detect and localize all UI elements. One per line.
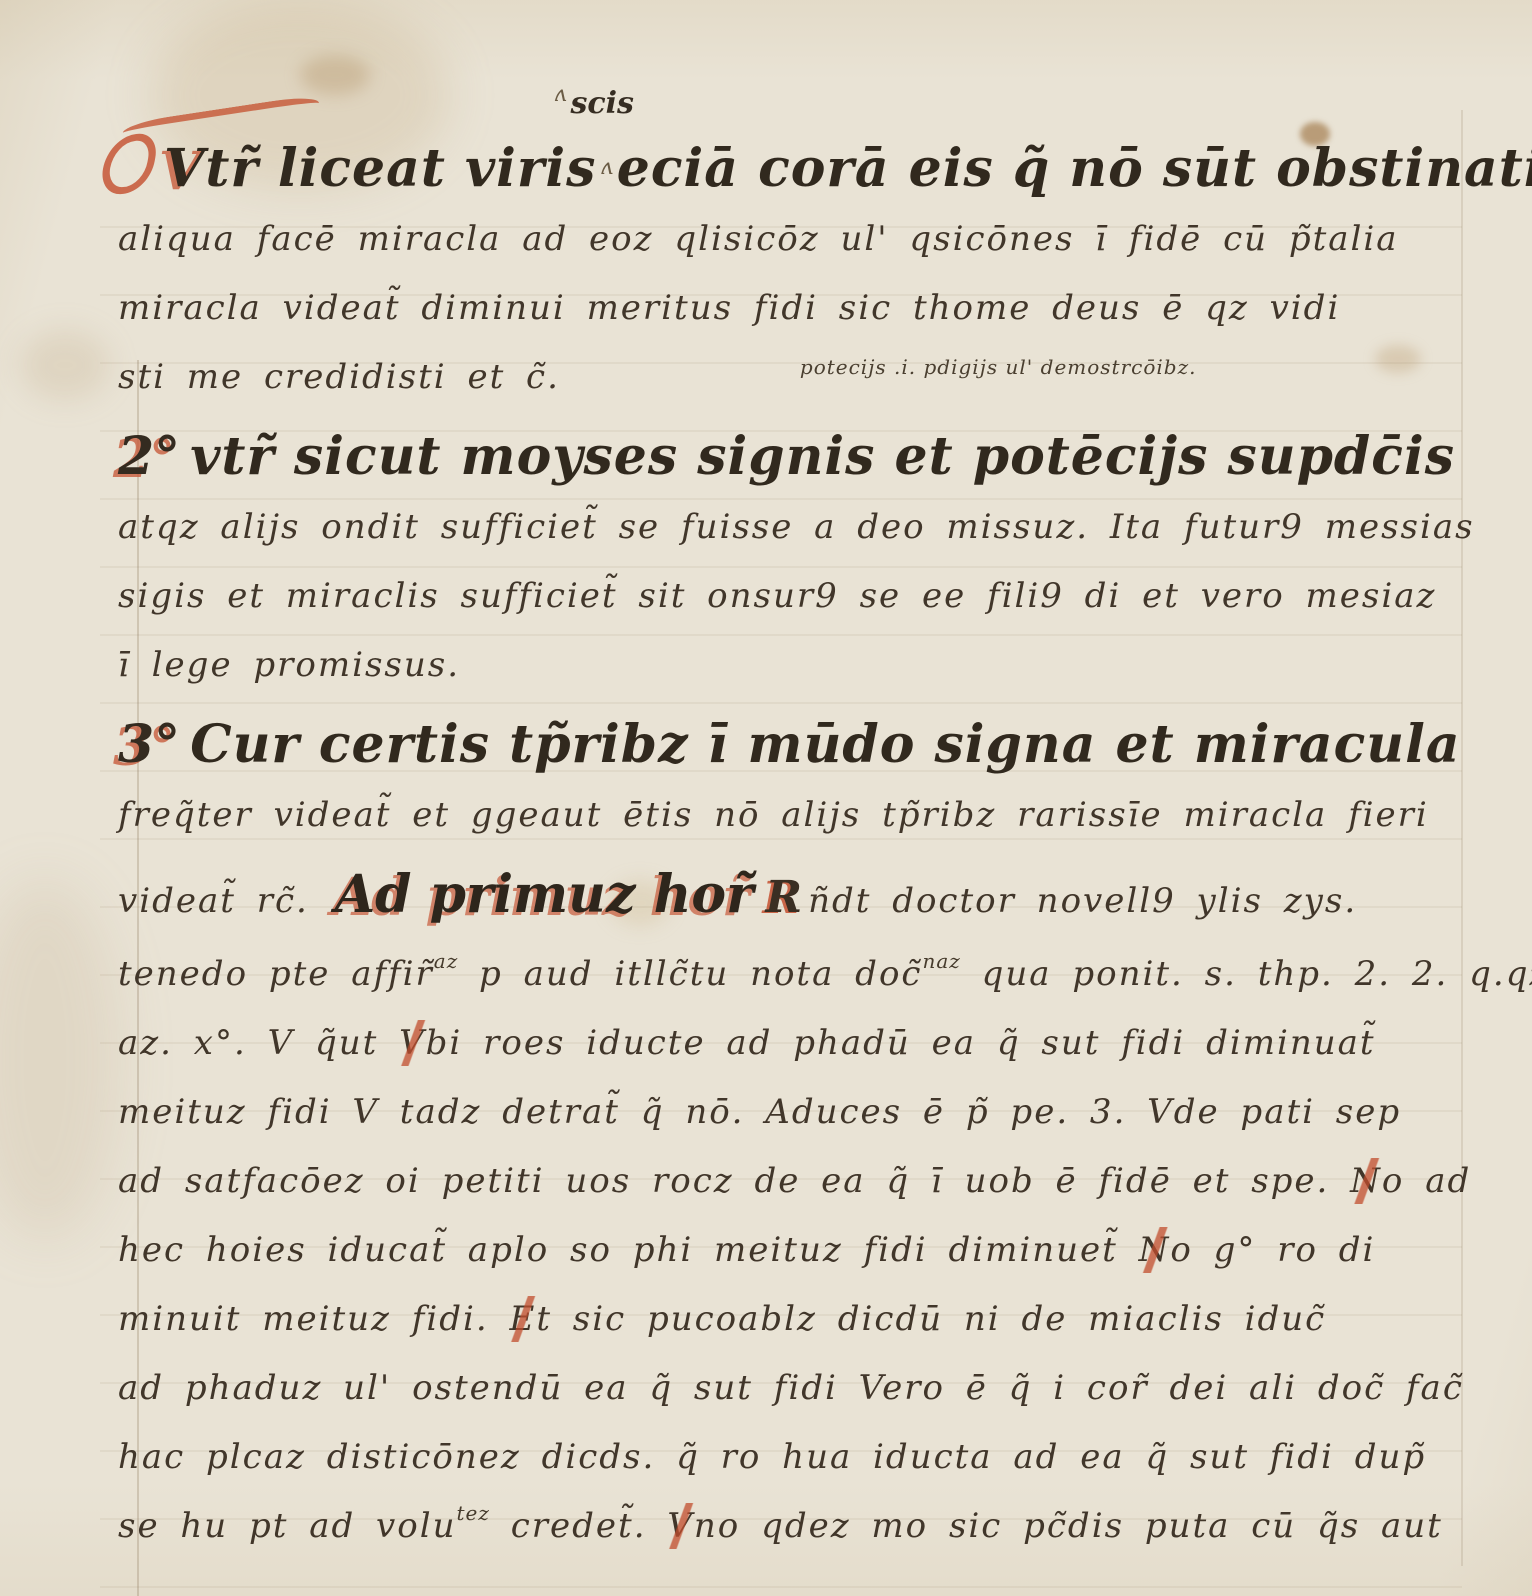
question-number: 2° bbox=[118, 426, 190, 487]
text-segment: tenedo pte affir̃ bbox=[118, 954, 434, 994]
text-line: ad satfacōez oi petiti uos rocz de ea q̃… bbox=[118, 1161, 1448, 1201]
text-line: hac plcaz disticōnez dicds. q̃ ro hua id… bbox=[118, 1437, 1448, 1477]
text-segment: aliqua facē miracla ad eoz qlisicōz ul' … bbox=[118, 219, 1399, 259]
text-line: meituz fidi V tadz detrat̃ q̃ nō. Aduces… bbox=[118, 1092, 1448, 1132]
text-segment: o ad bbox=[1382, 1161, 1471, 1201]
interlinear-addition: scis bbox=[570, 86, 633, 121]
text-segment: V bbox=[667, 1506, 694, 1546]
parchment-stain bbox=[20, 330, 110, 400]
text-segment: atqz alijs ondit sufficiet̃ se fuisse a … bbox=[118, 507, 1475, 547]
text-line: atqz alijs ondit sufficiet̃ se fuisse a … bbox=[118, 507, 1448, 547]
text-segment: bi roes iducte ad phadū ea q̃ sut fidi d… bbox=[426, 1023, 1376, 1063]
text-segment: ad satfacōez oi petiti uos rocz de ea q̃… bbox=[118, 1161, 1350, 1201]
heading-text: vtr̃ sicut moyses signis et potēcijs sup… bbox=[190, 426, 1455, 487]
question-number: 3° bbox=[118, 714, 190, 775]
text-segment: ñdt doctor novell9 ylis zys. bbox=[808, 881, 1357, 921]
caret-mark: ʌ bbox=[550, 82, 570, 107]
text-segment: videat̃ rc̃. bbox=[118, 881, 309, 921]
inline-heading: Ad primuz hor̃ bbox=[335, 864, 754, 925]
text-line: sti me credidisti et c̃.potecijs .i. pdi… bbox=[118, 357, 1448, 397]
margin-ruling-right bbox=[1461, 110, 1463, 1566]
interlinear-note: potecijs .i. pdigijs ul' demostrcōibz. bbox=[800, 355, 1197, 379]
text-line: se hu pt ad volutez credet̃. Vno qdez mo… bbox=[118, 1506, 1448, 1546]
text-segment: hec hoies iducat̃ aplo so phi meituz fid… bbox=[118, 1230, 1139, 1270]
text-segment: ī lege promissus. bbox=[118, 645, 460, 685]
manuscript-page: ʌscisVtr̃ liceat virisʌeciā corā eis q̃ … bbox=[0, 0, 1532, 1596]
text-line: aliqua facē miracla ad eoz qlisicōz ul' … bbox=[118, 219, 1448, 259]
heading-text: Cur certis tp̃ribz ī mūdo signa et mirac… bbox=[190, 714, 1460, 775]
interlinear-addition: tez bbox=[457, 1501, 490, 1525]
text-line: ad phaduz ul' ostendū ea q̃ sut fidi Ver… bbox=[118, 1368, 1448, 1408]
text-segment: o g° ro di bbox=[1170, 1230, 1375, 1270]
text-segment: N bbox=[1139, 1230, 1171, 1270]
text-segment: N bbox=[1350, 1161, 1382, 1201]
text-segment: t sic pucoablz dicdū ni de miaclis iduc̃ bbox=[536, 1299, 1326, 1339]
text-segment: credet̃. bbox=[490, 1506, 667, 1546]
text-line: ʌscis bbox=[118, 86, 1448, 130]
rubric-flourish-icon bbox=[98, 132, 160, 197]
caret-mark: ʌ bbox=[596, 155, 616, 180]
interlinear-addition: naz bbox=[922, 949, 960, 973]
text-line: ī lege promissus. bbox=[118, 645, 1448, 685]
interlinear-addition: az bbox=[434, 949, 458, 973]
text-segment: no qdez mo sic pc̃dis puta cū q̃s aut bbox=[694, 1506, 1443, 1546]
text-segment: minuit meituz fidi. bbox=[118, 1299, 509, 1339]
text-line: sigis et miraclis sufficiet̃ sit onsur9 … bbox=[118, 576, 1448, 616]
text-segment: freq̃ter videat̃ et ggeaut ētis nō alijs… bbox=[118, 795, 1429, 835]
text-segment: sigis et miraclis sufficiet̃ sit onsur9 … bbox=[118, 576, 1436, 616]
heading-text: tr̃ liceat viris bbox=[205, 138, 596, 199]
text-line: 3°Cur certis tp̃ribz ī mūdo signa et mir… bbox=[118, 714, 1448, 775]
text-line: miracla videat̃ diminui meritus fidi sic… bbox=[118, 288, 1448, 328]
text-line: tenedo pte affir̃az p aud itllc̃tu nota … bbox=[118, 954, 1448, 994]
text-segment: ad phaduz ul' ostendū ea q̃ sut fidi Ver… bbox=[118, 1368, 1464, 1408]
text-segment: qua ponit. s. thp. 2. 2. q.qz. bbox=[961, 954, 1532, 994]
text-line: freq̃ter videat̃ et ggeaut ētis nō alijs… bbox=[118, 795, 1448, 835]
text-segment: meituz fidi V tadz detrat̃ q̃ nō. Aduces… bbox=[118, 1092, 1401, 1132]
text-segment: miracla videat̃ diminui meritus fidi sic… bbox=[118, 288, 1340, 328]
heading-text: eciā corā eis q̃ nō sūt obstinati bbox=[617, 138, 1532, 199]
heading-text: V bbox=[164, 138, 205, 199]
parchment-stain bbox=[0, 880, 120, 1240]
text-segment: E bbox=[509, 1299, 536, 1339]
text-segment: p aud itllc̃tu nota doc̃ bbox=[458, 954, 922, 994]
text-segment: V bbox=[399, 1023, 426, 1063]
text-line: Vtr̃ liceat virisʌeciā corā eis q̃ nō sū… bbox=[118, 134, 1448, 199]
text-segment: sti me credidisti et c̃. bbox=[118, 357, 560, 397]
rubric-initial: R bbox=[765, 872, 808, 923]
text-line: minuit meituz fidi. Et sic pucoablz dicd… bbox=[118, 1299, 1448, 1339]
text-line: videat̃ rc̃.Ad primuz hor̃Rñdt doctor no… bbox=[118, 864, 1448, 925]
text-line: 2°vtr̃ sicut moyses signis et potēcijs s… bbox=[118, 426, 1448, 487]
text-line: az. x°. V q̃ut Vbi roes iducte ad phadū … bbox=[118, 1023, 1448, 1063]
text-segment: hac plcaz disticōnez dicds. q̃ ro hua id… bbox=[118, 1437, 1426, 1477]
text-block: ʌscisVtr̃ liceat virisʌeciā corā eis q̃ … bbox=[118, 86, 1448, 1575]
text-line: hec hoies iducat̃ aplo so phi meituz fid… bbox=[118, 1230, 1448, 1270]
text-segment: az. x°. V q̃ut bbox=[118, 1023, 399, 1063]
text-segment: se hu pt ad volu bbox=[118, 1506, 457, 1546]
